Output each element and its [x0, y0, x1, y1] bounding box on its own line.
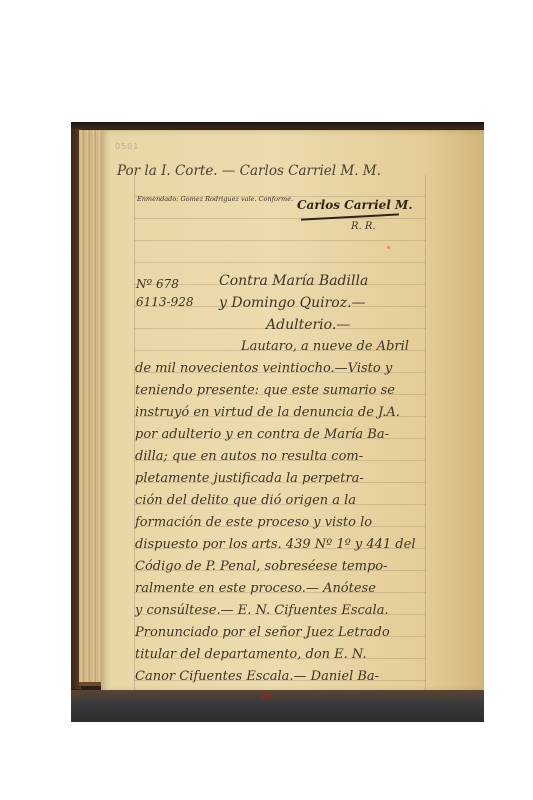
page-stamp: 0501	[115, 142, 139, 151]
book-bottom-edge	[71, 690, 484, 722]
entry-1-line: dilla; que en autos no resulta com-	[135, 446, 425, 468]
entry-1-line: ción del delito que dió origen a la	[135, 490, 425, 512]
ledger-page: 0501 Por la I. Corte. — Carlos Carriel M…	[101, 130, 484, 692]
record-number: Nº 678	[136, 275, 194, 293]
entry-1-line: teniendo presente: que este sumario se	[135, 380, 425, 402]
entry-1-line: Código de P. Penal, sobreséese tempo-	[135, 556, 425, 578]
record-number-block: Nº 678 6113-928	[136, 275, 194, 311]
light-reflection	[387, 246, 390, 249]
correction-note: Enmendado: Gomez Rodriguez vale. Conform…	[137, 188, 293, 210]
entry-1-line: ralmente en este proceso.— Anótese	[135, 578, 425, 600]
document-photo: 0501 Por la I. Corte. — Carlos Carriel M…	[71, 122, 484, 722]
case-title-line-3: Adulterio.—	[266, 314, 484, 336]
case-title-line-2: y Domingo Quiroz.—	[219, 292, 484, 314]
record-reference: 6113-928	[136, 293, 194, 311]
header-line: Por la I. Corte. — Carlos Carriel M. M.	[117, 160, 381, 182]
signature-initials: R. R.	[351, 216, 376, 238]
entry-1-line: dispuesto por los arts. 439 Nº 1º y 441 …	[135, 534, 425, 556]
entry-1-line: Pronunciado por el señor Juez Letrado	[135, 622, 425, 644]
entry-1-line: Lautaro, a nueve de Abril	[241, 336, 484, 358]
entry-1-line: de mil novecientos veintiocho.—Visto y	[135, 358, 425, 380]
entry-1-line: instruyó en virtud de la denuncia de J.A…	[135, 402, 425, 424]
entry-1-line: formación de este proceso y visto lo	[135, 512, 425, 534]
case-title-line-1: Contra María Badilla	[219, 270, 484, 292]
entry-1-line: y consúltese.— E. N. Cifuentes Escala.	[135, 600, 425, 622]
entry-1-line: pletamente justificada la perpetra-	[135, 468, 425, 490]
entry-1-line: titular del departamento, don E. N.	[135, 644, 425, 666]
red-mark	[261, 694, 271, 700]
book-top-edge	[71, 122, 484, 129]
entry-1-line: Canor Cifuentes Escala.— Daniel Ba-	[135, 666, 425, 688]
entry-1-line: por adulterio y en contra de María Ba-	[135, 424, 425, 446]
